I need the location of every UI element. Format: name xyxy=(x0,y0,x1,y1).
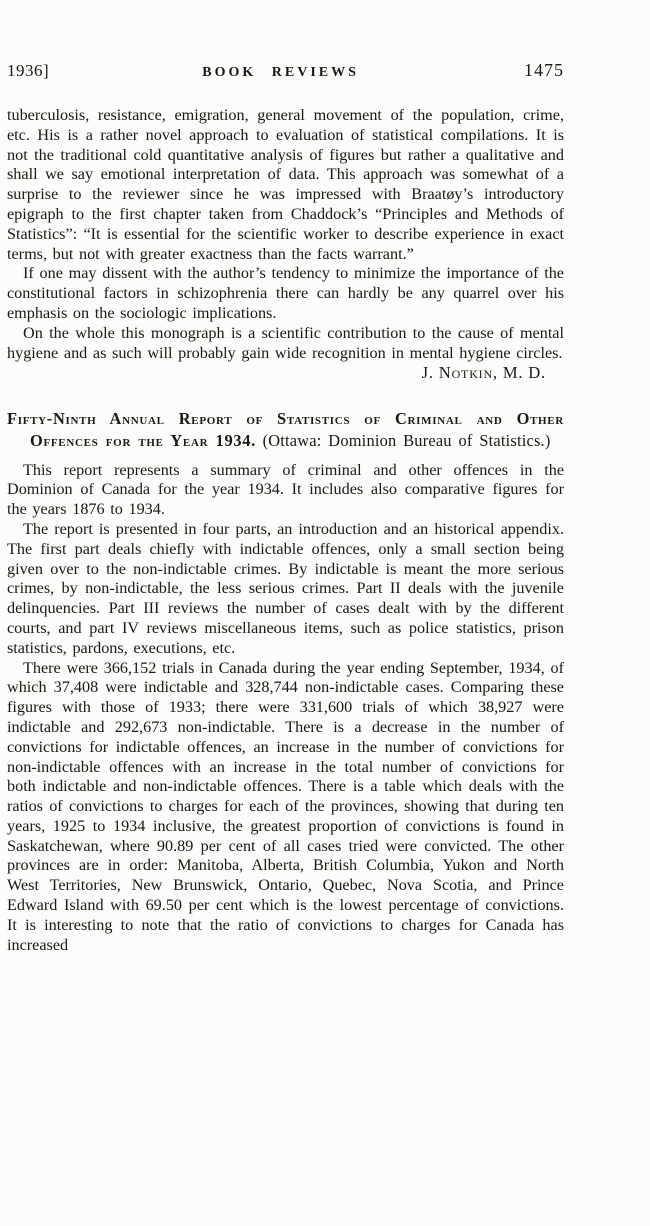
report-statistics-paragraph: There were 366,152 trials in Canada duri… xyxy=(7,659,564,956)
reviewer-signature: J. Notkin, M. D. xyxy=(7,363,564,383)
text-column: 1936] BOOK REVIEWS 1475 tuberculosis, re… xyxy=(7,60,564,955)
review-paragraph-continuation: tuberculosis, resistance, emigration, ge… xyxy=(7,106,564,264)
review-paragraph-conclusion: On the whole this monograph is a scienti… xyxy=(7,324,564,364)
running-head-title: BOOK REVIEWS xyxy=(202,65,359,81)
running-head-year: 1936] xyxy=(7,61,49,81)
book-entry-imprint: (Ottawa: Dominion Bureau of Statistics.) xyxy=(263,431,551,450)
report-summary-paragraph: This report represents a summary of crim… xyxy=(7,461,564,520)
running-head: 1936] BOOK REVIEWS 1475 xyxy=(7,60,564,81)
running-head-page-number: 1475 xyxy=(524,60,564,81)
scanned-journal-page: 1936] BOOK REVIEWS 1475 tuberculosis, re… xyxy=(0,0,650,1226)
book-entry-heading: Fifty-Ninth Annual Report of Statistics … xyxy=(7,408,564,451)
report-structure-paragraph: The report is presented in four parts, a… xyxy=(7,520,564,659)
review-paragraph-dissent: If one may dissent with the author’s ten… xyxy=(7,264,564,323)
